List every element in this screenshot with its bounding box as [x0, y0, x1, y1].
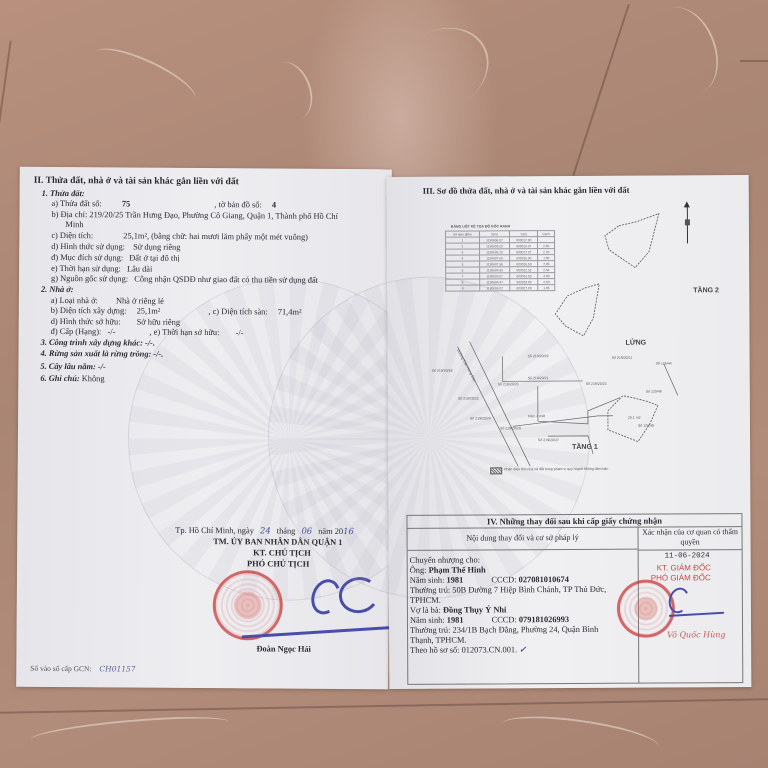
term-value: Lâu dài: [127, 264, 152, 273]
other-works: 3. Công trình xây dựng khác: -/-.: [41, 337, 155, 349]
use-form-value: Sử dụng riêng: [133, 243, 180, 252]
note-row: 6. Ghi chú: Không: [40, 373, 104, 384]
registry-row: Số vào sổ cấp GCN: CH01157: [30, 663, 135, 675]
neighbor-parcel-label: Số 219/20/11: [612, 356, 633, 360]
origin-label: g) Nguồn gốc sử dụng:: [51, 274, 128, 284]
spouse-id: 079181026993: [519, 615, 569, 624]
legend-text: Phần diện tích nhà và đất trong phạm vi …: [504, 467, 608, 472]
spouse-name: Đồng Thụy Ý Nhi: [443, 605, 506, 614]
floor-label-2: TẦNG 2: [693, 287, 719, 294]
neighbor-parcel-label: Số 125/48: [638, 424, 654, 428]
purpose-row: đ) Mục đích sử dụng: Đất ở tại đô thị: [51, 252, 180, 264]
buyer-id-label: CCCD:: [491, 575, 516, 584]
neighbor-parcel-label: Số 219/20/19: [528, 354, 549, 358]
parcel-number: 75: [122, 199, 130, 208]
alley-label: Hẻm 4 mét: [528, 414, 545, 418]
buyer-id: 027081010674: [519, 575, 569, 584]
floor-area-value: 71,4m²: [278, 308, 302, 317]
neighbor-parcel-label: Số 219/20/27: [538, 438, 559, 442]
ownership-term-label: , e) Thời hạn sở hữu:: [149, 328, 219, 337]
registry-label: Số vào sổ cấp GCN:: [30, 664, 91, 673]
marble-vein: [640, 0, 729, 104]
ownership-term-value: -/-: [236, 328, 244, 337]
build-area-value: 25,1m²: [137, 307, 161, 316]
dossier-label: Theo hồ sơ số:: [410, 646, 459, 655]
build-area-label: b) Diện tích xây dựng:: [51, 306, 127, 316]
use-form-row: d) Hình thức sử dụng: Sử dụng riêng: [51, 241, 180, 253]
changes-col-content-header: Nội dung thay đổi và cơ sở pháp lý: [407, 527, 638, 551]
marble-vein: [376, 11, 504, 131]
neighbor-parcel-label: Số 125/46: [646, 390, 662, 394]
neighbor-parcel-label: Số 219/20/22: [458, 396, 479, 400]
area-label: c) Diện tích:: [51, 231, 93, 240]
map-sheet-number: 4: [272, 200, 276, 209]
neighbor-parcel-label: Số 219/20/21: [528, 376, 549, 380]
changes-col-confirm-header: Xác nhận của cơ quan có thẩm quyền: [638, 526, 741, 551]
address-value: 219/20/25 Trần Hưng Đạo, Phường Cô Giang…: [89, 210, 338, 221]
changes-table: IV. Những thay đổi sau khi cấp giấy chứn…: [406, 513, 743, 685]
confirm-role-2: PHÓ GIÁM ĐỐC: [651, 572, 711, 583]
place-date-label: Tp. Hồ Chí Minh, ngày: [175, 526, 254, 536]
origin-row: g) Nguồn gốc sử dụng: Công nhận QSDĐ như…: [51, 273, 318, 286]
section-ii-title: II. Thửa đất, nhà ở và tài sản khác gắn …: [34, 176, 239, 187]
signing-day: 24: [260, 525, 271, 535]
legend-hatch-icon: [490, 467, 502, 474]
signer-name: Đoàn Ngọc Hải: [256, 643, 311, 654]
neighbor-parcel-label: Số 219/20/20: [498, 382, 519, 386]
month-label: tháng: [277, 527, 296, 536]
grade-value: -/-: [107, 327, 115, 336]
neighbor-parcel-label: Số 219/20/24: [470, 416, 491, 420]
tile-grout: [740, 60, 768, 62]
neighbor-parcel-label: Số 219/20/18: [432, 369, 453, 373]
marble-vein: [499, 709, 662, 763]
floor-label-1: TẦNG 1: [572, 444, 598, 451]
floor-area-label: , c) Diện tích sàn:: [208, 307, 267, 316]
marble-vein: [88, 38, 201, 113]
origin-value: Công nhận QSDĐ như giao đất có thu tiền …: [134, 275, 318, 285]
dossier-number: 012073.CN.001.: [462, 645, 518, 654]
buyer-prefix: Ông:: [410, 566, 427, 575]
parcel-area-label: 25.1 m2: [628, 416, 641, 420]
spouse-address: 234/1B Bạch Đằng, Phường 24, Quận Bình: [452, 625, 598, 635]
neighbor-parcel-label: Số 219/20/29: [500, 426, 521, 430]
change-entry: Chuyển nhượng cho: Ông: Phạm Thế Hinh Nă…: [408, 550, 640, 684]
tile-grout: [0, 698, 768, 713]
buyer-address: 50B Đường 7 Hiệp Bình Chánh, TP Thủ Đức,: [452, 585, 606, 595]
address-value-cont: Minh: [65, 219, 83, 230]
term-label: e) Thời hạn sử dụng:: [51, 264, 121, 273]
parcel-diagram: [387, 175, 751, 487]
spouse-id-label: CCCD:: [492, 615, 517, 624]
perennial-trees: 5. Cây lâu năm: -/-: [40, 361, 105, 372]
grade-label: đ) Cấp (Hạng):: [51, 327, 102, 336]
tile-grout: [572, 4, 630, 176]
ownership-label: d) Hình thức sở hữu:: [51, 317, 121, 326]
confirm-date: 11-06-2024: [665, 551, 710, 562]
signer-role-2: PHÓ CHỦ TỊCH: [247, 558, 309, 569]
buyer-birth: 1981: [447, 576, 464, 585]
purpose-value: Đất ở tại đô thị: [129, 253, 180, 262]
spouse-birth: 1981: [447, 616, 464, 625]
buyer-birth-label: Năm sinh:: [410, 576, 445, 585]
marble-vein: [29, 711, 230, 750]
buyer-name: Phạm Thế Hinh: [429, 565, 486, 574]
buyer-address-label: Thường trú:: [410, 586, 450, 595]
neighbor-parcel-label: Số 219/20/23: [586, 382, 607, 386]
address-label: b) Địa chỉ:: [51, 210, 87, 219]
production-forest: 4. Rừng sản xuất là rừng trồng: -/-.: [40, 348, 163, 360]
signer-role-1: KT. CHỦ TỊCH: [253, 547, 311, 558]
note-value: Không: [82, 374, 105, 383]
purpose-label: đ) Mục đích sử dụng:: [51, 253, 123, 263]
address-row: b) Địa chỉ: 219/20/25 Trần Hưng Đạo, Phư…: [51, 209, 338, 222]
house-type-label: a) Loại nhà ở:: [51, 296, 98, 305]
dossier-row: Theo hồ sơ số: 012073.CN.001. ✓: [410, 644, 526, 656]
use-form-label: d) Hình thức sử dụng:: [51, 242, 125, 252]
area-value: 25,1m², (bằng chữ: hai mươi lăm phẩy một…: [123, 231, 308, 241]
official-red-seal: [213, 570, 283, 640]
parcel-label: a) Thửa đất số:: [52, 199, 102, 208]
certificate-right-page: III. Sơ đồ thửa đất, nhà ở và tài sản kh…: [387, 175, 752, 689]
ownership-value: Sở hữu riêng: [137, 318, 180, 327]
spouse-birth-label: Năm sinh:: [410, 616, 445, 625]
marble-vein: [260, 56, 320, 127]
registry-number: CH01157: [99, 664, 135, 673]
confirm-signer-name: Võ Quốc Hùng: [667, 629, 725, 640]
neighbor-parcel-label: Số 125/44: [656, 361, 672, 365]
authority-confirmation: 11-06-2024 KT. GIÁM ĐỐC PHÓ GIÁM ĐỐC Võ …: [639, 549, 743, 683]
spouse-prefix: Vợ là bà:: [410, 606, 441, 615]
map-sheet-label: , tờ bản đồ số:: [214, 200, 262, 209]
check-mark-icon: ✓: [519, 644, 526, 654]
tile-grout: [0, 41, 12, 180]
house-heading: 2. Nhà ở:: [41, 284, 74, 295]
note-label: 6. Ghi chú:: [40, 374, 79, 383]
floor-label-mezzanine: LỬNG: [626, 340, 647, 347]
house-type-value: Nhà ở riêng lẻ: [116, 296, 164, 305]
spouse-address-label: Thường trú:: [410, 626, 450, 635]
